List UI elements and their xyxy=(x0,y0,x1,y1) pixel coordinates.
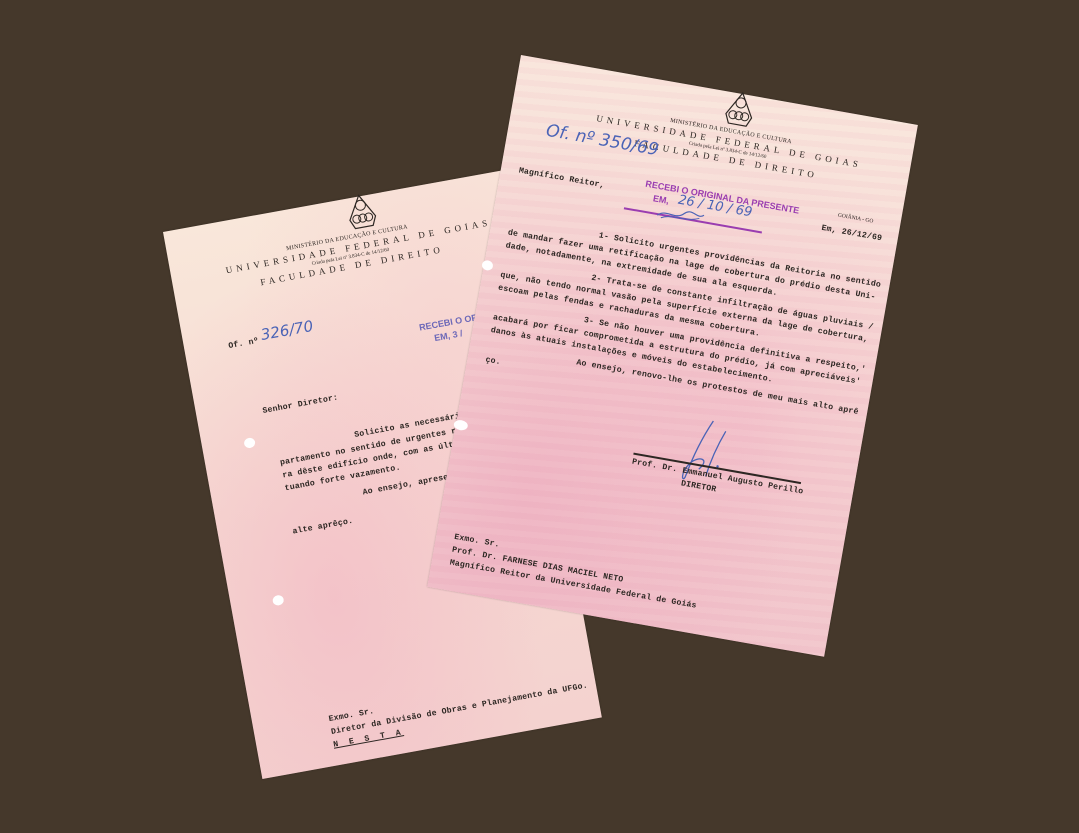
letter-date: Em, 26/12/69 xyxy=(821,224,883,244)
body-line: alte aprêço. xyxy=(292,517,354,537)
reference-number-handwritten: 326/70 xyxy=(259,317,314,344)
punch-hole xyxy=(453,419,469,431)
reference-label: Of. nº xyxy=(228,337,260,351)
punch-hole xyxy=(243,437,256,449)
paragraph-line: ço. xyxy=(485,356,502,368)
salutation: Magnífico Reitor, xyxy=(518,166,605,190)
received-stamp-date: EM, 3 / xyxy=(433,328,463,343)
university-crest-icon xyxy=(344,192,380,231)
city-label: GOIÂNIA - GO xyxy=(837,213,873,225)
university-crest-icon xyxy=(722,89,757,128)
salutation: Senhor Diretor: xyxy=(262,393,339,416)
punch-hole xyxy=(272,594,285,606)
front-letter-page: MINISTÉRIO DA EDUCAÇÃO E CULTURA UNIVERS… xyxy=(427,55,918,657)
punch-hole xyxy=(481,259,494,271)
